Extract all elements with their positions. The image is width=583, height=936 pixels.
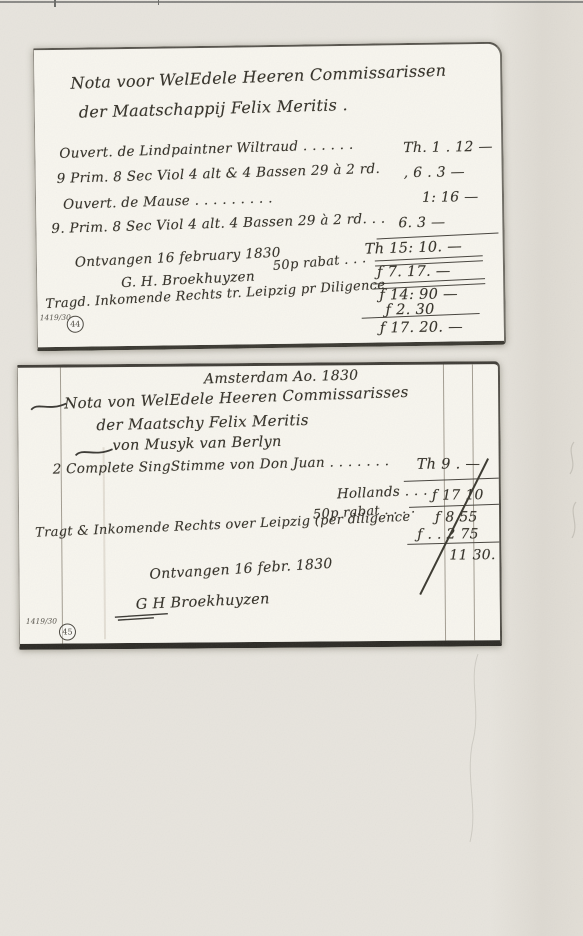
doc1-received-line: Ontvangen 16 february 1830 bbox=[75, 245, 282, 271]
doc1-item-desc: 9 Prim. 8 Sec Viol 4 alt & 4 Bassen 29 à… bbox=[56, 161, 380, 187]
flourish-stroke bbox=[75, 446, 115, 458]
amount-rule bbox=[404, 478, 499, 482]
doc2-received-line: Ontvangen 16 febr. 1830 bbox=[149, 556, 333, 583]
doc1-stamp-number: 44 bbox=[70, 320, 80, 329]
doc2-title-line2: der Maatschy Felix Meritis bbox=[96, 411, 309, 434]
doc2-title-line1: Nota von WelEdele Heeren Commissarisses bbox=[64, 383, 409, 413]
pencil-brace-marks bbox=[564, 440, 582, 550]
doc2-title-line3: von Musyk van Berlyn bbox=[112, 434, 282, 454]
receipt-top-february-1830: Nota voor WelEdele Heeren Commissarissen… bbox=[33, 42, 506, 352]
doc1-total-hollands: ƒ 14: 90 — bbox=[379, 286, 458, 303]
scan-top-edge-line bbox=[0, 1, 583, 3]
doc1-grand-total: ƒ 17. 20. — bbox=[380, 319, 463, 336]
doc1-item-amount: , 6 . 3 — bbox=[404, 164, 465, 181]
amount-rule bbox=[409, 504, 499, 508]
doc1-item-desc: Ouvert. de Mause . . . . . . . . . bbox=[63, 190, 273, 213]
doc1-rabat-label: 50p rabat . . . bbox=[272, 251, 366, 274]
scan-edge-tick bbox=[54, 0, 56, 7]
doc1-item-desc: 9. Prim. 8 Sec Viol 4 alt. 4 Bassen 29 à… bbox=[51, 211, 385, 237]
doc1-item-amount: Th. 1 . 12 — bbox=[403, 139, 493, 156]
doc1-total-thaler: Th 15: 10. — bbox=[365, 239, 463, 258]
doc1-title-line2: der Maatschappij Felix Meritis . bbox=[79, 95, 349, 122]
doc2-hollands-amount: ƒ 17 10 bbox=[432, 487, 484, 503]
doc1-item-desc: Ouvert. de Lindpaintner Wiltraud . . . .… bbox=[59, 137, 354, 162]
doc1-title-line1: Nota voor WelEdele Heeren Commissarissen bbox=[70, 61, 447, 93]
doc2-stamp-number: 45 bbox=[62, 627, 72, 636]
scan-edge-tick bbox=[158, 0, 159, 5]
doc1-number-stamp: 44 bbox=[67, 316, 84, 333]
doc1-item-amount: 1: 16 — bbox=[422, 189, 479, 206]
scanned-album-page: Nota voor WelEdele Heeren Commissarissen… bbox=[0, 0, 583, 936]
doc2-item-amount: Th 9 . — bbox=[417, 456, 481, 472]
doc2-archive-mark: 1419/30 bbox=[26, 617, 57, 626]
doc1-total-after-rabat: ƒ 7. 17. — bbox=[377, 263, 451, 280]
doc2-signature: G H Broekhuyzen bbox=[135, 591, 270, 613]
doc2-hollands-label: Hollands . . . bbox=[337, 483, 428, 503]
flourish-stroke bbox=[30, 400, 68, 412]
doc1-item-amount: 6. 3 — bbox=[398, 215, 445, 232]
receipt-bottom-amsterdam-1830: Amsterdam Ao. 1830 Nota von WelEdele Hee… bbox=[17, 361, 502, 650]
pencil-squiggle bbox=[448, 650, 488, 850]
doc2-number-stamp: 45 bbox=[59, 623, 76, 640]
doc2-grand-total: 11 30. bbox=[449, 547, 495, 563]
doc2-freight-label: Tragt & Inkomende Rechts over Leipzig (p… bbox=[35, 510, 411, 541]
